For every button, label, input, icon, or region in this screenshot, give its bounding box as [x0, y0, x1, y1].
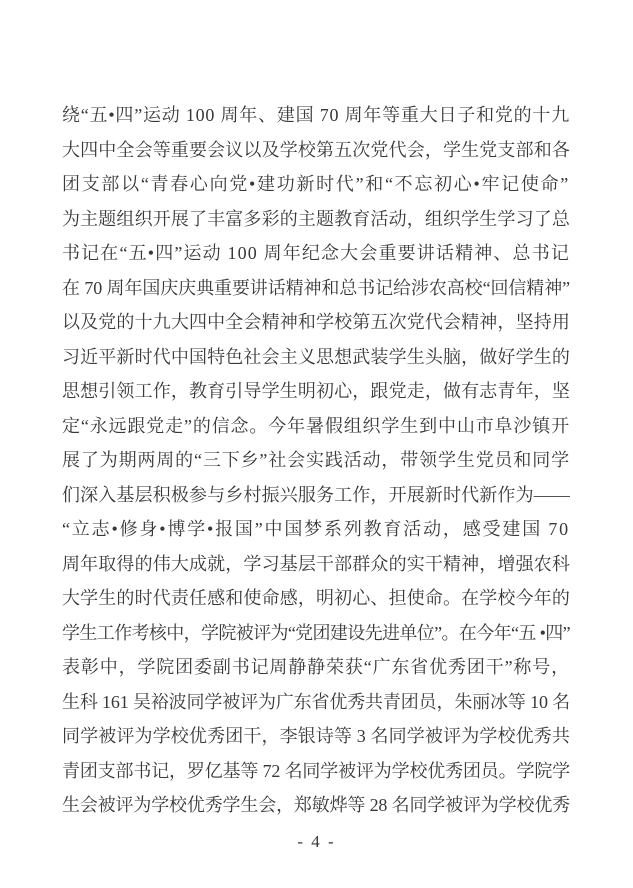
paragraph-line-text: 大学生的时代责任感和使命感，明初心、担使命。在学校今年的	[62, 581, 570, 616]
paragraph-line-text: 展了为期两周的“三下乡”社会实践活动，带领学生党员和同学	[62, 443, 570, 478]
paragraph-line: 绕“五•四”运动 100 周年、建国 70 周年等重大日子和党的十九	[62, 98, 570, 133]
body-text: 绕“五•四”运动 100 周年、建国 70 周年等重大日子和党的十九 大四中全会…	[62, 98, 570, 823]
paragraph-line-text: 思想引领工作，教育引导学生明初心，跟党走，做有志青年，坚	[62, 374, 570, 409]
paragraph-line-text: 为主题组织开展了丰富多彩的主题教育活动，组织学生学习了总	[62, 202, 570, 237]
paragraph-line-text: “立志•修身•博学•报国”中国梦系列教育活动，感受建国 70	[62, 512, 570, 547]
paragraph-line: 们深入基层积极参与乡村振兴服务工作，开展新时代新作为——	[62, 478, 570, 513]
paragraph-line: 表彰中，学院团委副书记周静静荣获“广东省优秀团干”称号，	[62, 650, 570, 685]
paragraph-line-text: 青团支部书记，罗亿基等 72 名同学被评为学校优秀团员。学院学	[62, 754, 570, 789]
paragraph-line-text: 绕“五•四”运动 100 周年、建国 70 周年等重大日子和党的十九	[62, 98, 570, 133]
paragraph-line: 青团支部书记，罗亿基等 72 名同学被评为学校优秀团员。学院学	[62, 754, 570, 789]
paragraph-line: 周年取得的伟大成就，学习基层干部群众的实干精神，增强农科	[62, 547, 570, 582]
paragraph-line: 定“永远跟党走”的信念。今年暑假组织学生到中山市阜沙镇开	[62, 409, 570, 444]
paragraph-line: 以及党的十九大四中全会精神和学校第五次党代会精神，坚持用	[62, 305, 570, 340]
paragraph-line: 大学生的时代责任感和使命感，明初心、担使命。在学校今年的	[62, 581, 570, 616]
paragraph-line: 团支部以“青春心向党•建功新时代”和“不忘初心•牢记使命”	[62, 167, 570, 202]
paragraph-line: 书记在“五•四”运动 100 周年纪念大会重要讲话精神、总书记	[62, 236, 570, 271]
paragraph-line-text: 定“永远跟党走”的信念。今年暑假组织学生到中山市阜沙镇开	[62, 409, 570, 444]
paragraph-line-text: 团支部以“青春心向党•建功新时代”和“不忘初心•牢记使命”	[62, 167, 570, 202]
paragraph-line: “立志•修身•博学•报国”中国梦系列教育活动，感受建国 70	[62, 512, 570, 547]
paragraph-line-text: 以及党的十九大四中全会精神和学校第五次党代会精神，坚持用	[62, 305, 570, 340]
paragraph-line-text: 书记在“五•四”运动 100 周年纪念大会重要讲话精神、总书记	[62, 236, 570, 271]
paragraph-line: 思想引领工作，教育引导学生明初心，跟党走，做有志青年，坚	[62, 374, 570, 409]
paragraph-line-text: 同学被评为学校优秀团干，李银诗等 3 名同学被评为学校优秀共	[62, 719, 570, 754]
paragraph-line-text: 生科 161 吴裕波同学被评为广东省优秀共青团员，朱丽冰等 10 名	[62, 685, 570, 720]
paragraph-line: 在 70 周年国庆庆典重要讲话精神和总书记给涉农高校“回信精神”	[62, 271, 570, 306]
document-page: 绕“五•四”运动 100 周年、建国 70 周年等重大日子和党的十九 大四中全会…	[0, 0, 633, 888]
paragraph-line-text: 们深入基层积极参与乡村振兴服务工作，开展新时代新作为——	[62, 478, 570, 513]
paragraph-line-text: 习近平新时代中国特色社会主义思想武装学生头脑，做好学生的	[62, 340, 570, 375]
paragraph-line: 习近平新时代中国特色社会主义思想武装学生头脑，做好学生的	[62, 340, 570, 375]
paragraph-line: 生会被评为学校优秀学生会，郑敏烨等 28 名同学被评为学校优秀	[62, 788, 570, 823]
page-number: - 4 -	[0, 831, 633, 853]
paragraph-line-text: 生会被评为学校优秀学生会，郑敏烨等 28 名同学被评为学校优秀	[62, 788, 570, 823]
paragraph-line-text: 在 70 周年国庆庆典重要讲话精神和总书记给涉农高校“回信精神”	[62, 271, 570, 306]
paragraph-line: 同学被评为学校优秀团干，李银诗等 3 名同学被评为学校优秀共	[62, 719, 570, 754]
paragraph-line-text: 大四中全会等重要会议以及学校第五次党代会，学生党支部和各	[62, 133, 570, 168]
paragraph-line-text: 学生工作考核中，学院被评为“党团建设先进单位”。在今年“五 •四”	[62, 616, 570, 651]
paragraph-line-text: 周年取得的伟大成就，学习基层干部群众的实干精神，增强农科	[62, 547, 570, 582]
paragraph-line: 为主题组织开展了丰富多彩的主题教育活动，组织学生学习了总	[62, 202, 570, 237]
paragraph-line-text: 表彰中，学院团委副书记周静静荣获“广东省优秀团干”称号，	[62, 650, 570, 685]
paragraph-line: 大四中全会等重要会议以及学校第五次党代会，学生党支部和各	[62, 133, 570, 168]
paragraph-line: 生科 161 吴裕波同学被评为广东省优秀共青团员，朱丽冰等 10 名	[62, 685, 570, 720]
paragraph-line: 展了为期两周的“三下乡”社会实践活动，带领学生党员和同学	[62, 443, 570, 478]
paragraph-line: 学生工作考核中，学院被评为“党团建设先进单位”。在今年“五 •四”	[62, 616, 570, 651]
